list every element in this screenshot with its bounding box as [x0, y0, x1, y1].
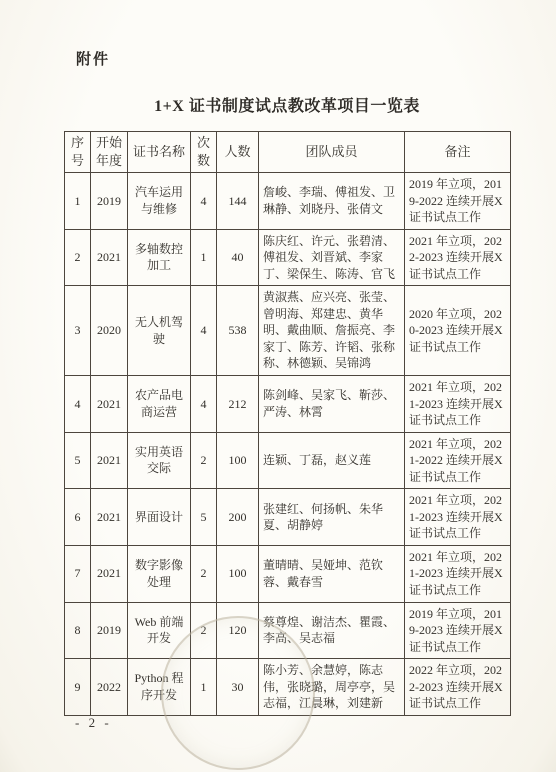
- table-header-row: 序号 开始年度 证书名称 次数 人数 团队成员 备注: [65, 132, 511, 173]
- cell-start-year: 2019: [91, 173, 128, 230]
- cell-certificate-name: 界面设计: [128, 489, 191, 546]
- cell-serial-no: 9: [65, 659, 91, 716]
- cell-certificate-name: 农产品电商运营: [128, 376, 191, 433]
- cell-remarks: 2020 年立项，2020-2023 连续开展X 证书试点工作: [405, 286, 511, 376]
- table-row: 6 2021 界面设计 5 200 张建红、何扬帆、朱华夏、胡静婷 2021 年…: [65, 489, 511, 546]
- cell-start-year: 2021: [91, 545, 128, 602]
- cell-people-count: 144: [217, 173, 259, 230]
- cell-times: 4: [191, 286, 217, 376]
- column-header-times: 次数: [191, 132, 217, 173]
- cell-times: 4: [191, 173, 217, 230]
- cell-remarks: 2021 年立项，2021-2023 连续开展X 证书试点工作: [405, 376, 511, 433]
- cell-times: 5: [191, 489, 217, 546]
- cell-remarks: 2019 年立项，2019-2022 连续开展X 证书试点工作: [405, 173, 511, 230]
- cell-people-count: 100: [217, 545, 259, 602]
- cell-start-year: 2021: [91, 376, 128, 433]
- cell-times: 2: [191, 545, 217, 602]
- attachment-label: 附件: [76, 48, 110, 69]
- cell-times: 4: [191, 376, 217, 433]
- cell-start-year: 2019: [91, 602, 128, 659]
- official-seal-stamp: [161, 616, 315, 770]
- cell-remarks: 2019 年立项，2019-2023 连续开展X 证书试点工作: [405, 602, 511, 659]
- cell-certificate-name: 数字影像处理: [128, 545, 191, 602]
- cell-remarks: 2022 年立项，2022-2023 连续开展X 证书试点工作: [405, 659, 511, 716]
- cell-certificate-name: 多轴数控加工: [128, 229, 191, 286]
- cell-team-members: 陈剑峰、吴家飞、靳莎、严涛、林霄: [259, 376, 405, 433]
- cell-people-count: 538: [217, 286, 259, 376]
- column-header-cert: 证书名称: [128, 132, 191, 173]
- column-header-year: 开始年度: [91, 132, 128, 173]
- column-header-no: 序号: [65, 132, 91, 173]
- table-row: 5 2021 实用英语交际 2 100 连颖、丁磊，赵义莲 2021 年立项，2…: [65, 432, 511, 489]
- cell-serial-no: 3: [65, 286, 91, 376]
- cell-team-members: 黄淑燕、应兴亮、张莹、曾明海、郑建忠、黄华明、戴曲顺、詹振亮、李家丁、陈芳、许韬…: [259, 286, 405, 376]
- document-title: 1+X 证书制度试点教改革项目一览表: [64, 93, 510, 116]
- cell-serial-no: 5: [65, 432, 91, 489]
- cell-start-year: 2022: [91, 659, 128, 716]
- cell-remarks: 2021 年立项，2021-2023 连续开展X 证书试点工作: [405, 545, 511, 602]
- cell-certificate-name: 实用英语交际: [128, 432, 191, 489]
- page-number: - 2 -: [75, 715, 112, 731]
- cell-serial-no: 8: [65, 602, 91, 659]
- cell-certificate-name: 汽车运用与维修: [128, 173, 191, 230]
- cell-serial-no: 2: [65, 229, 91, 286]
- cell-serial-no: 4: [65, 376, 91, 433]
- cell-start-year: 2020: [91, 286, 128, 376]
- cell-start-year: 2021: [91, 432, 128, 489]
- cell-serial-no: 6: [65, 489, 91, 546]
- cell-serial-no: 1: [65, 173, 91, 230]
- table-row: 2 2021 多轴数控加工 1 40 陈庆红、许元、张碧清、傅祖发、刘晋斌、李家…: [65, 229, 511, 286]
- cell-team-members: 陈庆红、许元、张碧清、傅祖发、刘晋斌、李家丁、梁保生、陈涛、官飞: [259, 229, 405, 286]
- table-row: 4 2021 农产品电商运营 4 212 陈剑峰、吴家飞、靳莎、严涛、林霄 20…: [65, 376, 511, 433]
- cell-people-count: 40: [217, 229, 259, 286]
- table-row: 7 2021 数字影像处理 2 100 董晴晴、吴娅坤、范钦蓉、戴春雪 2021…: [65, 545, 511, 602]
- cell-start-year: 2021: [91, 489, 128, 546]
- cell-times: 1: [191, 229, 217, 286]
- table-row: 3 2020 无人机驾驶 4 538 黄淑燕、应兴亮、张莹、曾明海、郑建忠、黄华…: [65, 286, 511, 376]
- cell-team-members: 詹峻、李瑞、傅祖发、卫琳静、刘晓丹、张倩文: [259, 173, 405, 230]
- cell-people-count: 212: [217, 376, 259, 433]
- project-table: 序号 开始年度 证书名称 次数 人数 团队成员 备注 1 2019 汽车运用与维…: [64, 131, 511, 716]
- cell-times: 2: [191, 432, 217, 489]
- cell-team-members: 张建红、何扬帆、朱华夏、胡静婷: [259, 489, 405, 546]
- cell-team-members: 连颖、丁磊，赵义莲: [259, 432, 405, 489]
- column-header-team: 团队成员: [259, 132, 405, 173]
- cell-start-year: 2021: [91, 229, 128, 286]
- column-header-note: 备注: [405, 132, 511, 173]
- cell-people-count: 100: [217, 432, 259, 489]
- cell-remarks: 2021 年立项，2021-2022 连续开展X 证书试点工作: [405, 432, 511, 489]
- column-header-people: 人数: [217, 132, 259, 173]
- document-page: 附件 1+X 证书制度试点教改革项目一览表 序号 开始年度 证书名称 次数 人数…: [0, 0, 556, 772]
- cell-people-count: 200: [217, 489, 259, 546]
- cell-remarks: 2021 年立项，2022-2023 连续开展X 证书试点工作: [405, 229, 511, 286]
- cell-team-members: 董晴晴、吴娅坤、范钦蓉、戴春雪: [259, 545, 405, 602]
- table-row: 1 2019 汽车运用与维修 4 144 詹峻、李瑞、傅祖发、卫琳静、刘晓丹、张…: [65, 173, 511, 230]
- cell-remarks: 2021 年立项，2021-2023 连续开展X 证书试点工作: [405, 489, 511, 546]
- cell-certificate-name: 无人机驾驶: [128, 286, 191, 376]
- cell-serial-no: 7: [65, 545, 91, 602]
